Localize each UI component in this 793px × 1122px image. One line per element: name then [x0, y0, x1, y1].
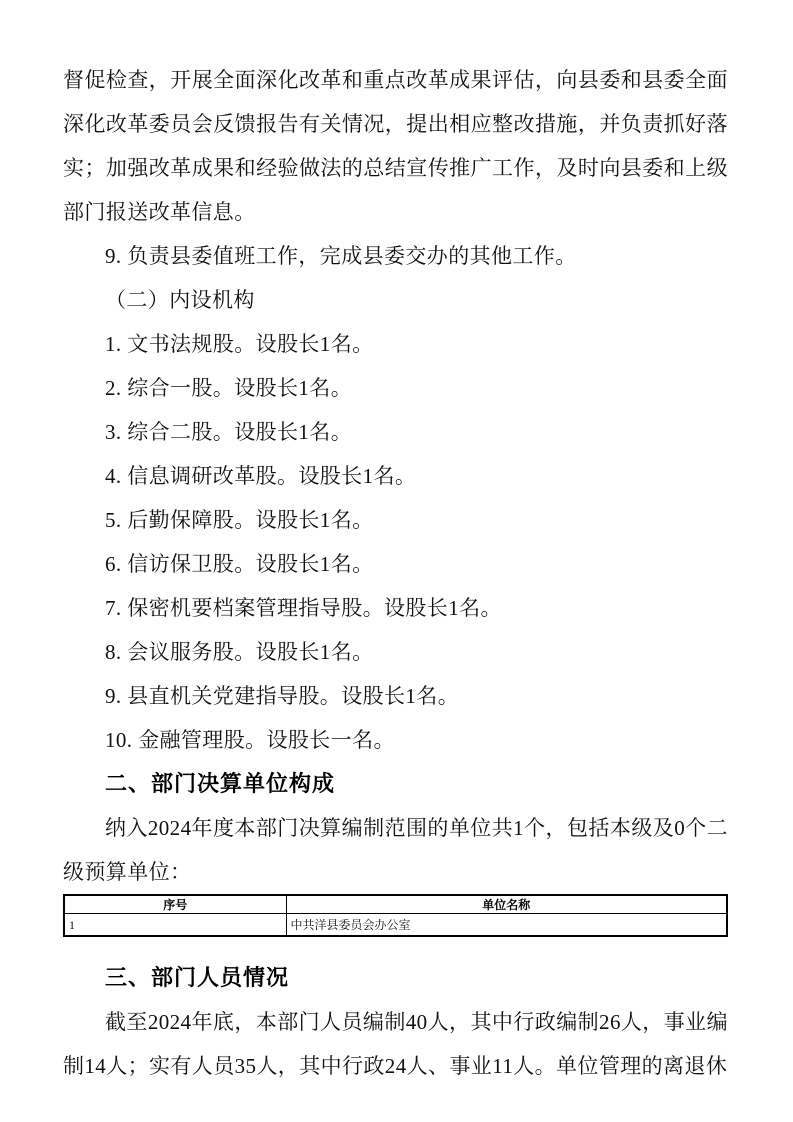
list-item: 7. 保密机要档案管理指导股。设股长1名。	[63, 586, 728, 630]
table-header-unit-name: 单位名称	[286, 895, 727, 914]
table-header-row: 序号 单位名称	[64, 895, 727, 914]
section3-paragraph: 截至2024年底，本部门人员编制40人，其中行政编制26人，事业编制14人；实有…	[63, 1000, 728, 1088]
list-item: 4. 信息调研改革股。设股长1名。	[63, 454, 728, 498]
list-item: 9. 负责县委值班工作，完成县委交办的其他工作。	[63, 234, 728, 278]
list-item: 8. 会议服务股。设股长1名。	[63, 630, 728, 674]
document-page: 督促检查，开展全面深化改革和重点改革成果评估，向县委和县委全面深化改革委员会反馈…	[0, 0, 793, 1122]
list-item: 9. 县直机关党建指导股。设股长1名。	[63, 674, 728, 718]
spacer	[63, 937, 728, 956]
list-item: 1. 文书法规股。设股长1名。	[63, 322, 728, 366]
list-item: 5. 后勤保障股。设股长1名。	[63, 498, 728, 542]
list-item: 6. 信访保卫股。设股长1名。	[63, 542, 728, 586]
table-cell-seq: 1	[64, 914, 286, 937]
table-row: 1 中共洋县委员会办公室	[64, 914, 727, 937]
table-cell-unit-name: 中共洋县委员会办公室	[286, 914, 727, 937]
list-item: 10. 金融管理股。设股长一名。	[63, 718, 728, 762]
list-item: 3. 综合二股。设股长1名。	[63, 410, 728, 454]
section-heading-2: 二、部门决算单位构成	[63, 762, 728, 806]
section-heading-3: 三、部门人员情况	[63, 956, 728, 1000]
section2-paragraph: 纳入2024年度本部门决算编制范围的单位共1个，包括本级及0个二级预算单位：	[63, 806, 728, 894]
units-table: 序号 单位名称 1 中共洋县委员会办公室	[63, 894, 728, 937]
table-header-seq: 序号	[64, 895, 286, 914]
list-item: （二）内设机构	[63, 278, 728, 322]
list-item: 2. 综合一股。设股长1名。	[63, 366, 728, 410]
continuation-paragraph: 督促检查，开展全面深化改革和重点改革成果评估，向县委和县委全面深化改革委员会反馈…	[63, 58, 728, 234]
